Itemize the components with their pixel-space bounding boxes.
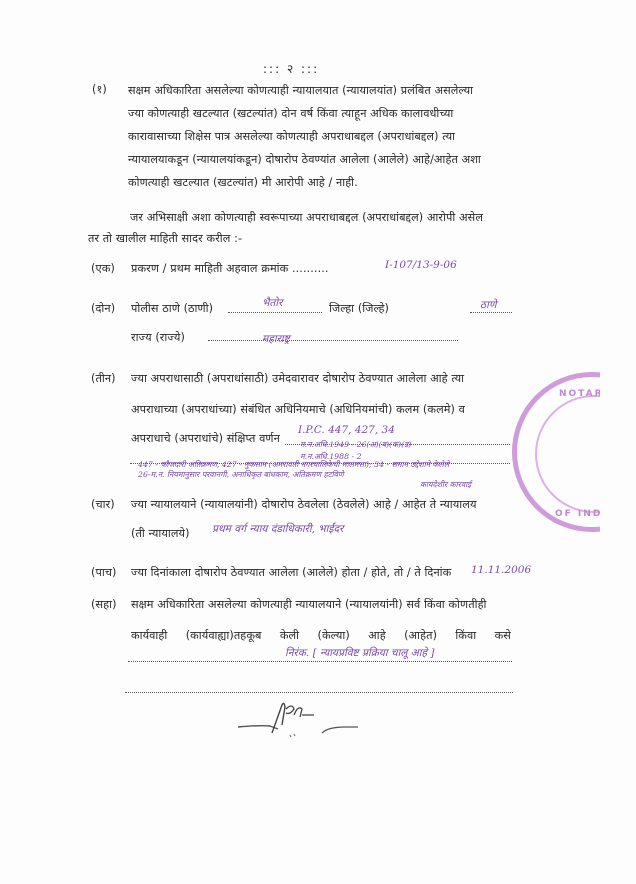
word: (आहेत) [404, 629, 437, 643]
page-number-header: ::: २ ::: [263, 60, 319, 77]
item-label: (दोन) [91, 302, 115, 316]
word: (केल्या) [317, 629, 349, 643]
fir-number-label: प्रकरण / प्रथम माहिती अहवाल क्रमांक ....… [131, 262, 329, 276]
dotted-line [470, 312, 512, 313]
item-label: (पाच) [91, 566, 117, 580]
stamp-text-bottom: OF INDIA [555, 509, 600, 519]
clause-line: कारावासाच्या शिक्षेस पात्र असलेल्या कोणत… [128, 130, 455, 144]
adjournment-value: निरंक. [ न्यायप्रविष्ट प्रक्रिया चालू आह… [285, 646, 435, 660]
offence-line: अपराधाच्या (अपराधांच्या) संबंधित अधिनियम… [131, 403, 465, 417]
state-label: राज्य (राज्ये) [131, 331, 185, 345]
police-station-label: पोलीस ठाणे (ठाणी) [131, 302, 213, 316]
dotted-line [125, 692, 513, 693]
adjournment-label-justified: कार्यवाही (कार्यवाह्या)तहकूब केली (केल्य… [131, 629, 511, 643]
fir-number-value: I-107/13-9-06 [385, 259, 457, 271]
intro-line: जर अभिसाक्षी अशा कोणत्याही स्वरूपाच्या अ… [130, 211, 483, 225]
charge-date-value: 11.11.2006 [471, 564, 531, 576]
offence-line: ज्या अपराधासाठी (अपराधांसाठी) उमेदवारावर… [131, 372, 464, 386]
signature-icon [230, 695, 370, 745]
adjournment-label: सक्षम अधिकारिता असलेल्या कोणत्याही न्याय… [131, 598, 487, 612]
dotted-line [228, 312, 322, 313]
word: (कार्यवाह्या)तहकूब [186, 629, 262, 643]
word: कसे [495, 629, 511, 643]
dotted-line [128, 661, 512, 662]
state-value: महाराष्ट्र [262, 332, 290, 346]
court-label: ज्या न्यायालयाने (न्यायालयांनी) दोषारोप … [131, 498, 477, 512]
offence-line: अपराधाचे (अपराधांचे) संक्षिप्त वर्णन [131, 432, 280, 446]
item-label: (एक) [91, 262, 115, 276]
offence-description-value: 26-म.न. नियमानुसार परवानगी, अनाधिकृत बां… [138, 470, 344, 480]
clause-line: सक्षम अधिकारिता असलेल्या कोणत्याही न्याय… [128, 84, 473, 98]
item-label: (चार) [91, 498, 115, 512]
district-value: ठाणे [480, 298, 496, 312]
clause-line: कोणत्याही खटल्यात (खटल्यांत) मी आरोपी आह… [128, 176, 358, 190]
clause-number: (१) [92, 83, 107, 97]
word: कार्यवाही [131, 629, 167, 643]
scanned-document-page: ::: २ ::: (१) सक्षम अधिकारिता असलेल्या क… [0, 0, 636, 884]
intro-line: तर तो खालील माहिती सादर करील :- [88, 232, 242, 246]
offence-sections-value: म.न.अधि.1949 - 26(अ)(ब)(क)(ड) [300, 440, 411, 450]
district-label: जिल्हा (जिल्हे) [329, 302, 389, 316]
police-station-value: भैतोर [262, 296, 282, 310]
clause-line: ज्या कोणत्याही खटल्यात (खटल्यांत) दोन वर… [128, 107, 453, 121]
offence-description-value: 447 - फौजदारी अतिक्रमण, 427 - नुकसान (अम… [138, 460, 449, 470]
court-value: प्रथम वर्ग न्याय दंडाधिकारी, भाईंदर [212, 522, 343, 536]
clause-line: न्यायालयाकडून (न्यायालयांकडून) दोषारोप ठ… [128, 153, 481, 167]
dotted-line [208, 340, 458, 341]
offence-sections-value: I.P.C. 447, 427, 34 [298, 424, 395, 436]
word: किंवा [455, 629, 476, 643]
offence-description-value: कायदेशीर कारवाई [420, 480, 471, 490]
stamp-text-top: NOTARY [559, 389, 600, 399]
charge-date-label: ज्या दिनांकाला दोषारोप ठेवण्यात आलेला (आ… [131, 566, 451, 580]
item-label: (तीन) [91, 372, 116, 386]
item-label: (सहा) [91, 598, 117, 612]
court-label: (ती न्यायालये) [131, 527, 190, 541]
word: केली [280, 629, 299, 643]
word: आहे [368, 629, 386, 643]
notary-stamp: NOTARY OF INDIA [500, 360, 600, 540]
